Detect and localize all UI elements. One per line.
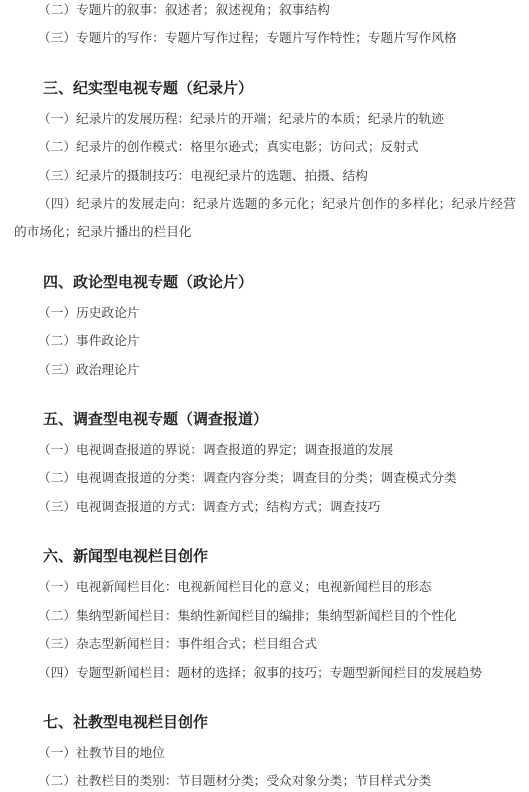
syllabus-item: （三）专题片的写作：专题片写作过程；专题片写作特性；专题片写作风格 [14, 24, 516, 52]
syllabus-item: （二）事件政论片 [14, 327, 516, 355]
syllabus-item: （三）杂志型新闻栏目：事件组合式；栏目组合式 [14, 630, 516, 658]
syllabus-item: （二）集纳型新闻栏目：集纳性新闻栏目的编排；集纳型新闻栏目的个性化 [14, 602, 516, 630]
syllabus-item: （一）电视新闻栏目化：电视新闻栏目化的意义；电视新闻栏目的形态 [14, 573, 516, 601]
section-heading-5: 五、调查型电视专题（调查报道） [14, 404, 516, 436]
syllabus-item: （三）电视调查报道的方式：调查方式；结构方式；调查技巧 [14, 493, 516, 521]
syllabus-item: （三）政治理论片 [14, 356, 516, 384]
document-content: （二）专题片的叙事：叙述者；叙述视角；叙事结构 （三）专题片的写作：专题片写作过… [14, 0, 516, 792]
syllabus-item: （三）纪录片的摄制技巧：电视纪录片的选题、拍摄、结构 [14, 162, 516, 190]
syllabus-item: （四）纪录片的发展走向：纪录片选题的多元化；纪录片创作的多样化；纪录片经营的市场… [14, 190, 516, 247]
syllabus-item: （一）历史政论片 [14, 299, 516, 327]
syllabus-item: （一）纪录片的发展历程：纪录片的开端；纪录片的本质；纪录片的轨迹 [14, 105, 516, 133]
section-heading-4: 四、政论型电视专题（政论片） [14, 267, 516, 299]
syllabus-item: （二）电视调查报道的分类：调查内容分类；调查目的分类；调查模式分类 [14, 464, 516, 492]
syllabus-item: （二）社教栏目的类别：节目题材分类；受众对象分类；节目样式分类 [14, 767, 516, 792]
syllabus-item: （四）专题型新闻栏目：题材的选择；叙事的技巧；专题型新闻栏目的发展趋势 [14, 659, 516, 687]
section-heading-6: 六、新闻型电视栏目创作 [14, 541, 516, 573]
section-heading-3: 三、纪实型电视专题（纪录片） [14, 73, 516, 105]
section-heading-7: 七、社教型电视栏目创作 [14, 707, 516, 739]
syllabus-item: （一）社教节目的地位 [14, 739, 516, 767]
syllabus-item: （二）专题片的叙事：叙述者；叙述视角；叙事结构 [14, 0, 516, 24]
document-page: （二）专题片的叙事：叙述者；叙述视角；叙事结构 （三）专题片的写作：专题片写作过… [0, 0, 529, 792]
syllabus-item: （一）电视调查报道的界说：调查报道的界定；调查报道的发展 [14, 436, 516, 464]
syllabus-item: （二）纪录片的创作模式：格里尔逊式；真实电影；访问式；反射式 [14, 133, 516, 161]
